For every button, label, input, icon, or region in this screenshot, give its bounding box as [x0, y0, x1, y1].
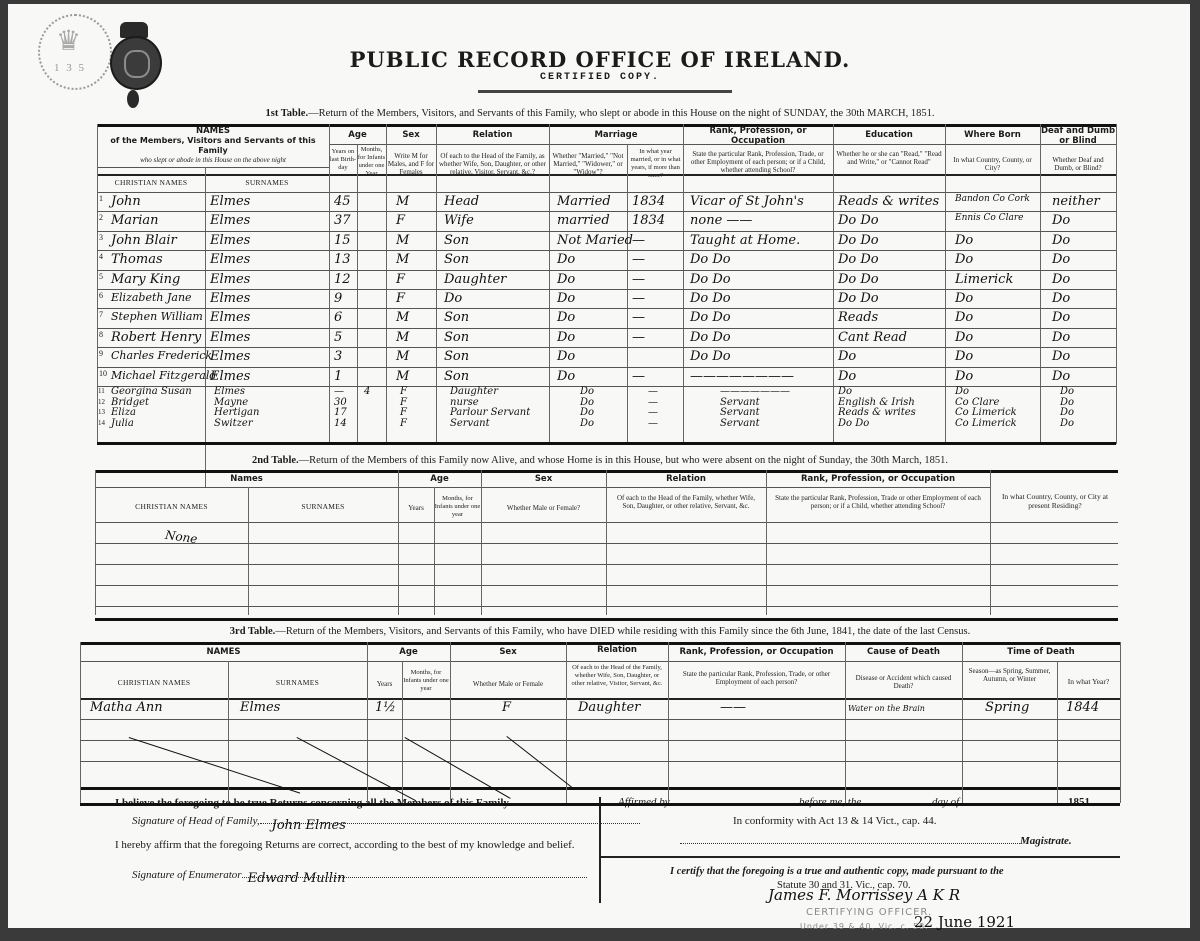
rank-profession-cell: Do Do: [690, 310, 731, 325]
marital-status-cell: Do: [557, 272, 575, 287]
relation-cell: Daughter: [578, 700, 640, 715]
table2-surnames-header: SURNAMES: [248, 502, 398, 511]
table1-row-rule: [97, 367, 1116, 368]
where-born-cell: Do: [955, 252, 973, 267]
education-cell: Do Do: [838, 252, 879, 267]
marriage-year-header: In what year married, or in what years, …: [628, 148, 683, 180]
marital-status-cell: Do: [557, 252, 575, 267]
deaf-dumb-blind-cell: Do: [1052, 213, 1070, 228]
deaf-dumb-blind-cell: Do: [1052, 349, 1070, 364]
education-cell: Cant Read: [838, 330, 907, 345]
grid-column-rule: [450, 642, 451, 803]
grid-column-rule: [668, 642, 669, 803]
where-born-header: Where Born: [945, 130, 1040, 140]
surname-cell: Elmes: [210, 252, 250, 267]
age-years-cell: 5: [334, 330, 342, 345]
table2-caption: 2nd Table.—Return of the Members of this…: [0, 455, 1200, 466]
marriage-header: Marriage: [549, 130, 683, 140]
table2-sex-header: Sex: [481, 474, 606, 484]
age-years-cell: 37: [334, 213, 351, 228]
age-years-cell: 14: [334, 418, 347, 429]
relation-cell: Wife: [444, 213, 474, 228]
table2-relation-subheader: Of each to the Head of the Family, wheth…: [610, 494, 762, 510]
where-born-cell: Limerick: [955, 272, 1013, 287]
table1-row-rule: [97, 270, 1116, 271]
where-born-cell: Do: [955, 330, 973, 345]
footer-divider: [599, 797, 601, 903]
education-cell: Reads: [838, 310, 878, 325]
rank-profession-cell: Servant: [720, 407, 760, 418]
table1-row-rule: [97, 289, 1116, 290]
marital-status-cell: Do: [557, 349, 575, 364]
education-cell: Do: [838, 369, 856, 384]
christian-name-cell: Julia: [111, 418, 134, 429]
where-born-cell: Co Clare: [955, 397, 999, 408]
names-header: NAMES: [97, 126, 329, 136]
year-married-cell: —: [632, 233, 645, 248]
magistrate-label: Magistrate.: [1020, 835, 1072, 847]
deaf-dumb-blind-cell: Do: [1060, 418, 1074, 429]
table2-group-rule: [95, 487, 990, 488]
table3-relation-header: Relation: [566, 645, 668, 655]
grid-column-rule: [1120, 642, 1121, 803]
christian-name-cell: Elizabeth Jane: [111, 291, 192, 304]
table1-caption: 1st Table.—Return of the Members, Visito…: [0, 108, 1200, 119]
head-signature-label: Signature of Head of Family,: [132, 815, 260, 827]
table1-row-rule: [97, 328, 1116, 329]
magistrate-field: Magistrate.: [680, 835, 1072, 847]
table2-residing-header: In what Country, County, or City at pres…: [992, 492, 1118, 510]
where-born-cell: Do: [955, 369, 973, 384]
sex-cell: M: [396, 233, 409, 248]
marital-status-cell: Do: [557, 330, 575, 345]
rank-subheader: State the particular Rank, Profession, T…: [686, 150, 830, 174]
enumerator-signature-field: Signature of Enumerator Edward Mullin: [132, 869, 587, 881]
grid-column-rule: [1116, 124, 1117, 444]
where-born-cell: Do: [955, 349, 973, 364]
table3-year-header: In what Year?: [1057, 678, 1120, 686]
sex-cell: M: [396, 194, 409, 209]
table3-cause-header: Cause of Death: [845, 647, 962, 657]
deaf-dumb-blind-cell: Do: [1060, 397, 1074, 408]
where-born-cell: Co Limerick: [955, 407, 1017, 418]
where-born-cell: Bandon Co Cork: [955, 194, 1030, 204]
table2-rank-subheader: State the particular Rank, Profession, T…: [775, 494, 981, 510]
year-married-cell: —: [632, 252, 645, 267]
table1-row-rule: [97, 231, 1116, 232]
deaf-dumb-blind-cell: Do: [1060, 407, 1074, 418]
where-born-cell: Do: [955, 386, 969, 397]
grid-column-rule: [962, 642, 963, 803]
certification-rule: [600, 856, 1120, 858]
names-subheader: of the Members, Visitors and Servants of…: [97, 136, 329, 156]
relation-cell: Son: [444, 349, 469, 364]
education-cell: Do Do: [838, 272, 879, 287]
table2-row-rule: [95, 543, 1118, 544]
grid-column-rule: [357, 144, 358, 444]
christian-name-cell: John: [111, 194, 141, 209]
education-header: Education: [833, 130, 945, 140]
sex-header: Sex: [386, 130, 436, 140]
year-married-cell: —: [648, 418, 658, 429]
year-married-cell: —: [632, 291, 645, 306]
relation-cell: Daughter: [450, 386, 498, 397]
sex-cell: F: [396, 272, 405, 287]
deaf-dumb-blind-cell: neither: [1052, 194, 1100, 209]
table3-group-rule: [80, 661, 1120, 662]
table2-names-header: Names: [95, 474, 398, 484]
table2-age-years-header: Years: [398, 504, 434, 512]
age-months-header: Months, for Infants under one Year: [357, 146, 386, 178]
age-years-cell: —: [334, 386, 344, 397]
surname-cell: Switzer: [214, 418, 253, 429]
where-born-cell: Ennis Co Clare: [955, 213, 1023, 223]
marital-status-cell: Do: [580, 407, 594, 418]
deaf-dumb-blind-header: Deaf and Dumb or Blind: [1040, 126, 1116, 146]
rank-profession-cell: ———————: [720, 386, 790, 397]
season-of-death-cell: Spring: [985, 700, 1029, 715]
table2-row-rule: [95, 585, 1118, 586]
marital-status-cell: Do: [557, 291, 575, 306]
marital-status-cell: Do: [557, 310, 575, 325]
table3-age-months-header: Months, for Infants under one year: [402, 669, 450, 693]
sex-cell: M: [396, 330, 409, 345]
age-years-cell: 30: [334, 397, 347, 408]
row-number: 1: [99, 194, 103, 203]
age-years-cell: 17: [334, 407, 347, 418]
sex-subheader: Write M for Males, and F for Females: [386, 152, 436, 176]
grid-column-rule: [683, 124, 684, 444]
day-of-label: day of: [932, 796, 959, 808]
table2-bottom-rule: [95, 618, 1118, 621]
table3-relation-subheader: Of each to the Head of the Family, wheth…: [568, 664, 666, 688]
rank-profession-cell: Do Do: [690, 291, 731, 306]
year-married-cell: —: [648, 407, 658, 418]
grid-column-rule: [945, 124, 946, 444]
table3-cause-subheader: Disease or Accident which caused Death?: [850, 674, 957, 690]
relation-cell: Son: [444, 310, 469, 325]
year-married-cell: —: [632, 272, 645, 287]
marital-status-cell: Married: [557, 194, 611, 209]
footer-rule: [80, 787, 1120, 790]
christian-name-cell: Michael Fitzgerald: [111, 369, 216, 382]
title-divider: [478, 90, 732, 93]
head-signature-field: Signature of Head of Family, John Elmes: [132, 815, 640, 827]
rank-profession-cell: ————————: [690, 369, 794, 384]
education-cell: Do Do: [838, 418, 869, 429]
marital-status-cell: Do: [557, 369, 575, 384]
table2-row-rule: [95, 564, 1118, 565]
surname-cell: Elmes: [210, 233, 250, 248]
education-cell: English & Irish: [838, 397, 915, 408]
surnames-header: SURNAMES: [205, 178, 329, 187]
sex-cell: F: [400, 386, 407, 397]
marital-status-cell: Do: [580, 386, 594, 397]
deaf-dumb-blind-cell: Do: [1052, 310, 1070, 325]
relation-cell: Son: [444, 330, 469, 345]
grid-column-rule: [367, 642, 368, 803]
education-cell: Reads & writes: [838, 194, 939, 209]
christian-name-cell: John Blair: [111, 233, 177, 248]
sex-cell: F: [400, 418, 407, 429]
names-subheader-note: who slept or abode in this House on the …: [97, 156, 329, 164]
relation-cell: Do: [444, 291, 462, 306]
surname-cell: Elmes: [210, 272, 250, 287]
christian-name-cell: Thomas: [111, 252, 163, 267]
table3-sex-subheader: Whether Male or Female: [450, 680, 566, 688]
age-years-cell: 12: [334, 272, 351, 287]
rank-profession-cell: Do Do: [690, 272, 731, 287]
table3-caption: 3rd Table.—Return of the Members, Visito…: [0, 626, 1200, 637]
surname-cell: Elmes: [210, 310, 250, 325]
relation-cell: nurse: [450, 397, 479, 408]
table3-sex-header: Sex: [450, 647, 566, 657]
table3-row-rule: [80, 740, 1120, 741]
row-number: 13: [98, 408, 105, 416]
table3-names-header: NAMES: [80, 647, 367, 657]
education-cell: Do Do: [838, 213, 879, 228]
table2-relation-header: Relation: [606, 474, 766, 484]
sex-cell: M: [396, 369, 409, 384]
row-number: 9: [99, 349, 103, 358]
cause-of-death-cell: Water on the Brain: [848, 704, 925, 713]
enumerator-signature: Edward Mullin: [248, 871, 346, 886]
table2-age-months-header: Months, for Infants under one year: [434, 495, 481, 519]
age-years-cell: 1: [334, 369, 342, 384]
statute-stamp: Under 39 & 40, Vic. c. 58.: [800, 922, 929, 931]
christian-name-cell: Bridget: [111, 397, 149, 408]
where-born-cell: Do: [955, 233, 973, 248]
deaf-dumb-blind-cell: Do: [1052, 369, 1070, 384]
marital-status-cell: Do: [580, 397, 594, 408]
sex-cell: F: [396, 213, 405, 228]
christian-name-cell: Eliza: [111, 407, 136, 418]
table3-surnames-header: SURNAMES: [228, 678, 367, 687]
row-number: 5: [99, 272, 103, 281]
table3-age-years-header: Years: [367, 680, 402, 688]
relation-header: Relation: [436, 130, 549, 140]
affirmed-by-label: Affirmed by: [618, 796, 670, 808]
year-married-cell: —: [632, 369, 645, 384]
grid-column-rule: [627, 144, 628, 444]
age-months-cell: 4: [364, 386, 370, 397]
certification-date: 22 June 1921: [914, 913, 1015, 931]
deaf-dumb-blind-cell: Do: [1060, 386, 1074, 397]
table3-bottom-rule: [80, 803, 1120, 806]
christian-name-cell: Mary King: [111, 272, 180, 287]
relation-cell: Daughter: [444, 272, 506, 287]
marriage-status-header: Whether "Married," "Not Married," "Widow…: [550, 152, 626, 176]
where-born-cell: Do: [955, 310, 973, 325]
rank-header: Rank, Profession, or Occupation: [683, 126, 833, 146]
surname-cell: Elmes: [210, 291, 250, 306]
education-cell: Do Do: [838, 233, 879, 248]
sex-cell: M: [396, 349, 409, 364]
surname-cell: Elmes: [210, 330, 250, 345]
age-years-cell: 6: [334, 310, 342, 325]
grid-column-rule: [97, 124, 98, 444]
deaf-dumb-blind-cell: Do: [1052, 272, 1070, 287]
age-years-cell: 1½: [375, 700, 396, 715]
sex-cell: M: [396, 252, 409, 267]
sex-cell: F: [396, 291, 405, 306]
where-born-subheader: In what Country, County, or City?: [947, 156, 1038, 172]
grid-column-rule: [845, 642, 846, 803]
relation-cell: Servant: [450, 418, 490, 429]
education-cell: Do Do: [838, 291, 879, 306]
age-years-cell: 45: [334, 194, 351, 209]
surname-cell: Mayne: [214, 397, 248, 408]
grid-column-rule: [833, 124, 834, 444]
christian-names-header: CHRISTIAN NAMES: [97, 178, 205, 187]
grid-column-rule: [1040, 124, 1041, 444]
relation-cell: Parlour Servant: [450, 407, 530, 418]
surname-cell: Elmes: [210, 349, 250, 364]
christian-name-cell: Georgina Susan: [111, 386, 192, 397]
grid-column-rule: [329, 124, 330, 444]
marital-status-cell: married: [557, 213, 610, 228]
rank-profession-cell: Do Do: [690, 252, 731, 267]
rank-profession-cell: Servant: [720, 397, 760, 408]
table2-row-rule: [95, 606, 1118, 607]
page-title: PUBLIC RECORD OFFICE OF IRELAND.: [0, 47, 1200, 72]
relation-subheader: Of each to the Head of the Family, as wh…: [437, 152, 548, 176]
table2-rank-header: Rank, Profession, or Occupation: [766, 474, 990, 484]
christian-name-cell: Marian: [111, 213, 159, 228]
christian-name-cell: Charles Frederick: [111, 349, 212, 362]
year-married-cell: —: [648, 386, 658, 397]
year-of-death-cell: 1844: [1066, 700, 1099, 715]
year-married-cell: —: [632, 330, 645, 345]
surname-cell: Elmes: [240, 700, 280, 715]
rank-profession-cell: none ——: [690, 213, 752, 228]
row-number: 6: [99, 291, 103, 300]
row-number: 10: [99, 369, 107, 378]
sex-cell: F: [400, 407, 407, 418]
deaf-dumb-blind-cell: Do: [1052, 233, 1070, 248]
declaration-line2: I hereby affirm that the foregoing Retur…: [115, 839, 590, 852]
age-years-cell: 15: [334, 233, 351, 248]
row-number: 12: [98, 398, 105, 406]
table1-row-rule: [97, 211, 1116, 212]
conformity-text: In conformity with Act 13 & 14 Vict., ca…: [733, 815, 937, 827]
education-cell: Do: [838, 349, 856, 364]
age-years-cell: 9: [334, 291, 342, 306]
row-number: 4: [99, 252, 103, 261]
surname-cell: Hertigan: [214, 407, 259, 418]
table3-rank-header: Rank, Profession, or Occupation: [668, 647, 845, 657]
age-years-cell: 3: [334, 349, 342, 364]
surname-cell: Elmes: [210, 194, 250, 209]
grid-column-rule: [80, 642, 81, 803]
before-me-label: before me, the: [799, 796, 861, 808]
year-married-cell: 1834: [632, 213, 665, 228]
sex-cell: M: [396, 310, 409, 325]
relation-cell: Head: [444, 194, 479, 209]
table3-row-rule: [80, 719, 1120, 720]
table3-time-header: Time of Death: [962, 647, 1120, 657]
relation-cell: Son: [444, 369, 469, 384]
year-married-cell: 1834: [632, 194, 665, 209]
where-born-cell: Co Limerick: [955, 418, 1017, 429]
year-married-cell: —: [648, 397, 658, 408]
christian-name-cell: Matha Ann: [90, 700, 163, 715]
table1-row-rule: [97, 308, 1116, 309]
table1-subheader-rule: [97, 192, 1116, 193]
names-subheader-rule: [97, 167, 329, 168]
relation-cell: Son: [444, 252, 469, 267]
deaf-dumb-blind-cell: Do: [1052, 291, 1070, 306]
table3-christian-names-header: CHRISTIAN NAMES: [80, 678, 228, 687]
rank-profession-cell: ——: [720, 700, 746, 715]
row-number: 2: [99, 213, 103, 222]
education-cell: Reads & writes: [838, 407, 916, 418]
rank-profession-cell: Do Do: [690, 349, 731, 364]
where-born-cell: Do: [955, 291, 973, 306]
table1-row-rule: [97, 347, 1116, 348]
grid-column-rule: [566, 642, 567, 803]
age-years-cell: 13: [334, 252, 351, 267]
sex-cell: F: [400, 397, 407, 408]
surname-cell: Elmes: [214, 386, 245, 397]
relation-cell: Son: [444, 233, 469, 248]
row-number: 7: [99, 310, 103, 319]
marital-status-cell: Not Maried: [557, 233, 633, 248]
christian-name-cell: Stephen William: [111, 310, 203, 323]
page-subtitle: CERTIFIED COPY.: [0, 72, 1200, 83]
certifying-officer-signature: James F. Morrissey A K R: [768, 886, 960, 904]
row-number: 11: [98, 387, 105, 395]
certification-line1: I certify that the foregoing is a true a…: [670, 866, 1004, 877]
age-header: Age: [329, 130, 386, 140]
table3-rank-subheader: State the particular Rank, Profession, T…: [680, 670, 833, 686]
table3-age-header: Age: [367, 647, 450, 657]
table2-age-header: Age: [398, 474, 481, 484]
year-married-cell: —: [632, 310, 645, 325]
rank-profession-cell: Do Do: [690, 330, 731, 345]
surname-cell: Elmes: [210, 213, 250, 228]
affirmation-year: 1851.: [1068, 796, 1093, 808]
table2-sex-subheader: Whether Male or Female?: [481, 504, 606, 512]
table2-christian-names-header: CHRISTIAN NAMES: [95, 502, 248, 511]
sex-cell: F: [502, 700, 511, 715]
education-cell: Do: [838, 386, 852, 397]
row-number: 3: [99, 233, 103, 242]
rank-profession-cell: Taught at Home.: [690, 233, 800, 248]
rank-profession-cell: Vicar of St John's: [690, 194, 804, 209]
marital-status-cell: Do: [580, 418, 594, 429]
table3-row-rule: [80, 761, 1120, 762]
christian-name-cell: Robert Henry: [111, 330, 201, 345]
deaf-dumb-blind-cell: Do: [1052, 252, 1070, 267]
age-years-header: Years on last Birth-day: [329, 148, 357, 172]
row-number: 8: [99, 330, 103, 339]
table1-row-rule: [97, 250, 1116, 251]
education-subheader: Whether he or she can "Read," "Read and …: [835, 150, 943, 166]
deaf-dumb-blind-subheader: Whether Deaf and Dumb, or Blind?: [1042, 156, 1114, 172]
head-signature: John Elmes: [272, 818, 346, 833]
table1-bottom-rule: [97, 442, 1116, 445]
deaf-dumb-blind-cell: Do: [1052, 330, 1070, 345]
enumerator-signature-label: Signature of Enumerator: [132, 869, 242, 881]
rank-profession-cell: Servant: [720, 418, 760, 429]
surname-cell: Elmes: [210, 369, 250, 384]
row-number: 14: [98, 419, 105, 427]
table3-season-header: Season—as Spring, Summer, Autumn, or Win…: [964, 667, 1055, 683]
